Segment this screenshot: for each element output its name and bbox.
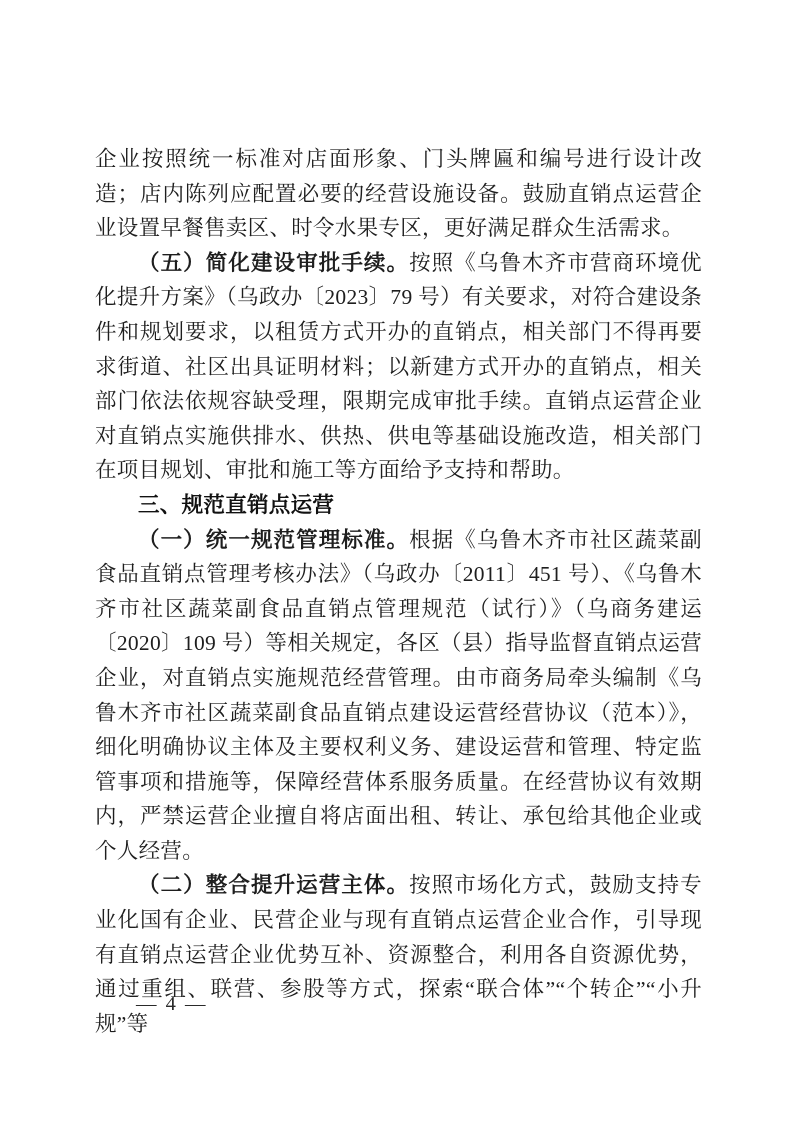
paragraph-lead: （一）统一规范管理标准。 (138, 528, 409, 552)
paragraph-item-1: （一）统一规范管理标准。根据《乌鲁木齐市社区蔬菜副食品直销点管理考核办法》（乌政… (95, 523, 702, 869)
document-page: 企业按照统一标准对店面形象、门头牌匾和编号进行设计改造；店内陈列应配置必要的经营… (0, 0, 793, 1122)
paragraph-continuation: 企业按照统一标准对店面形象、门头牌匾和编号进行设计改造；店内陈列应配置必要的经营… (95, 142, 702, 246)
paragraph-lead: （五）简化建设审批手续。 (138, 251, 409, 275)
paragraph-text: 企业按照统一标准对店面形象、门头牌匾和编号进行设计改造；店内陈列应配置必要的经营… (95, 147, 702, 240)
paragraph-item-5: （五）简化建设审批手续。按照《乌鲁木齐市营商环境优化提升方案》（乌政办〔2023… (95, 246, 702, 488)
document-body: 企业按照统一标准对店面形象、门头牌匾和编号进行设计改造；店内陈列应配置必要的经营… (95, 142, 702, 1041)
paragraph-text: 按照《乌鲁木齐市营商环境优化提升方案》（乌政办〔2023〕79 号）有关要求，对… (95, 251, 702, 483)
paragraph-text: 根据《乌鲁木齐市社区蔬菜副食品直销点管理考核办法》（乌政办〔2011〕451 号… (95, 528, 702, 863)
page-number: — 4 — (136, 988, 208, 1020)
section-heading: 三、规范直销点运营 (95, 488, 702, 523)
paragraph-lead: （二）整合提升运营主体。 (138, 873, 409, 897)
